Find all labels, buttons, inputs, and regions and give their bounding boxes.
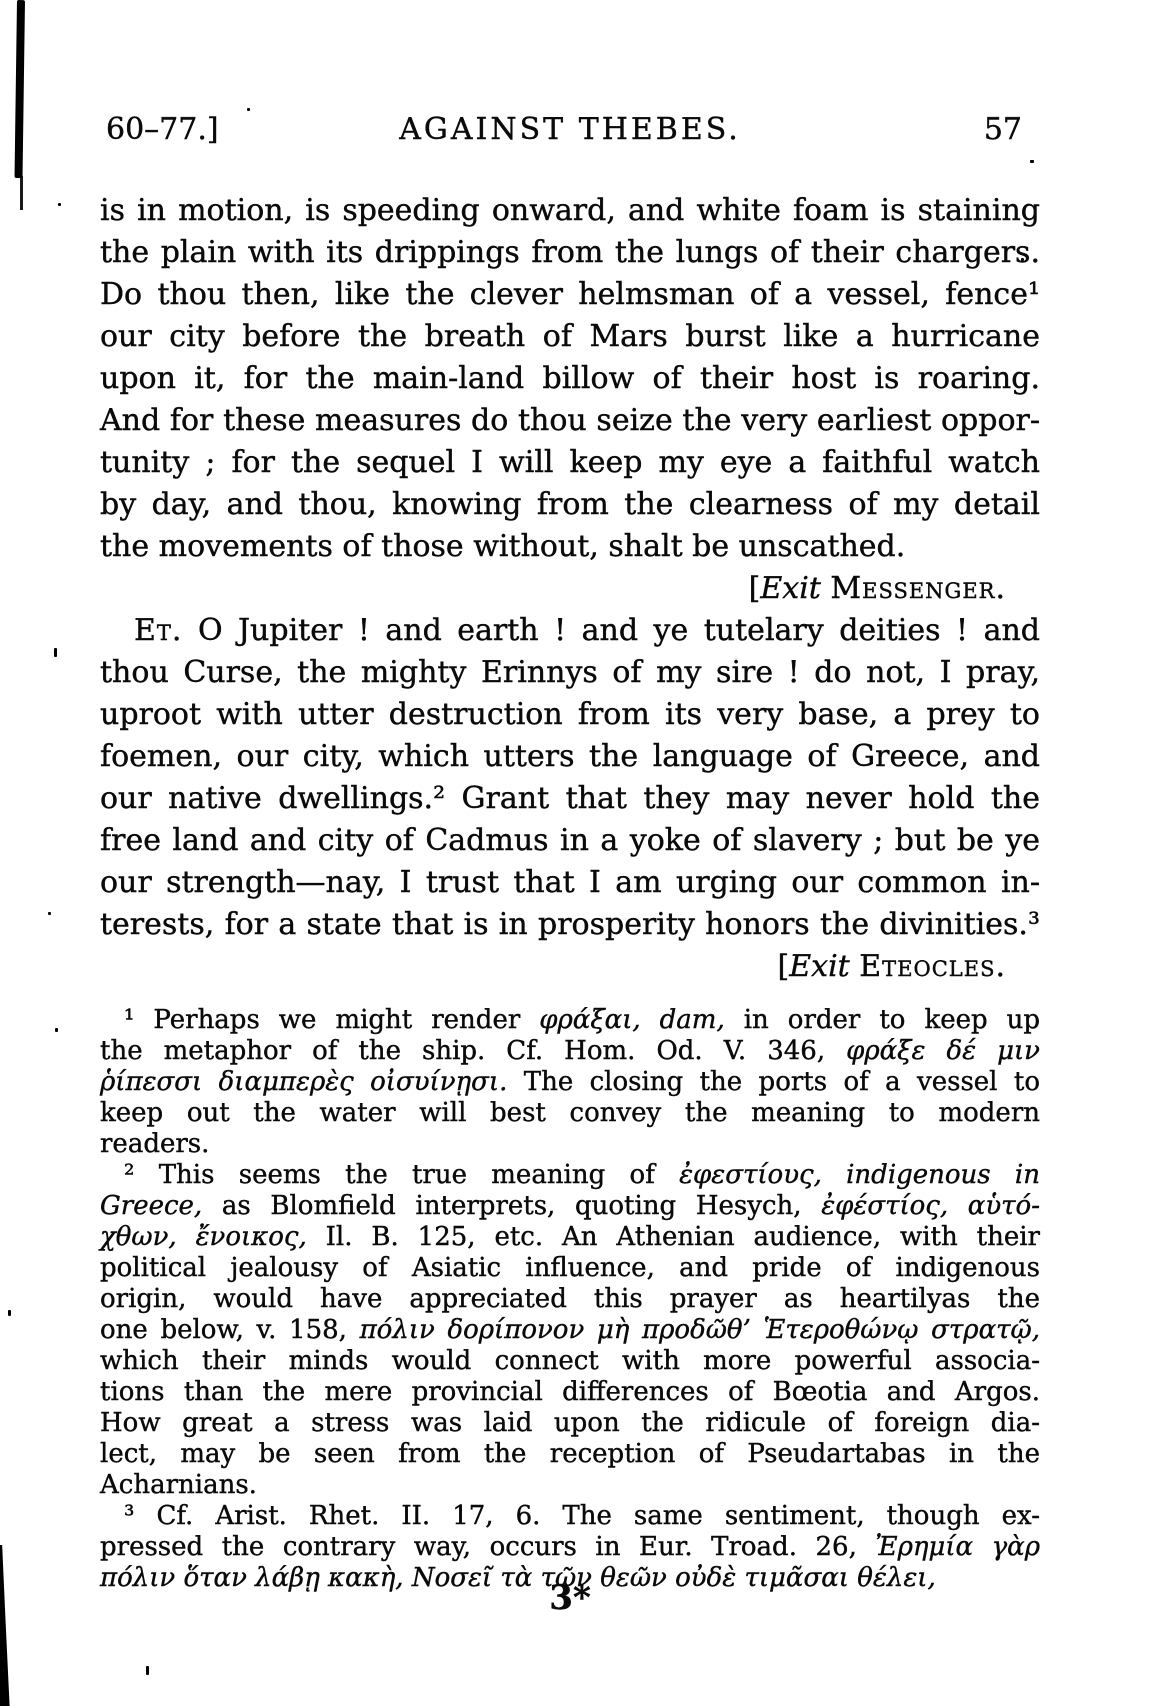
text-line: free land and city of Cadmus in a yoke o…	[100, 820, 1040, 862]
text-line: our city before the breath of Mars burst…	[100, 316, 1040, 358]
scan-speck	[1030, 160, 1034, 163]
page-header: 60–77.] AGAINST THEBES. 57	[100, 112, 1040, 147]
signature-mark: 3*	[100, 1578, 1040, 1618]
text-line: origin, would have appreciated this pray…	[100, 1284, 1040, 1315]
text-line: terests, for a state that is in prosperi…	[100, 904, 1040, 946]
text-line: ¹ Perhaps we might render φράξαι, dam, i…	[100, 1005, 1040, 1036]
text-line: readers.	[100, 1129, 1040, 1160]
text-line: foemen, our city, which utters the langu…	[100, 736, 1040, 778]
scan-speck	[48, 912, 51, 915]
text-line: tions than the mere provincial differenc…	[100, 1377, 1040, 1408]
scan-artifact-spine-top	[15, 0, 25, 178]
text-line: the movements of those without, shalt be…	[100, 526, 1040, 568]
text-line: Do thou then, like the clever helmsman o…	[100, 274, 1040, 316]
text-line: pressed the contrary way, occurs in Eur.…	[100, 1532, 1040, 1563]
scan-artifact-spine-bottom	[0, 1545, 12, 1706]
footnote-2: ² This seems the true meaning of ἐφεστίο…	[100, 1160, 1040, 1501]
text-line: ² This seems the true meaning of ἐφεστίο…	[100, 1160, 1040, 1191]
text-line: political jealousy of Asiatic influence,…	[100, 1253, 1040, 1284]
text-line: lect, may be seen from the reception of …	[100, 1439, 1040, 1470]
text-line: How great a stress was laid upon the rid…	[100, 1408, 1040, 1439]
scan-speck	[247, 108, 250, 111]
footnotes-block: ¹ Perhaps we might render φράξαι, dam, i…	[100, 1005, 1040, 1594]
text-line: the plain with its drippings from the lu…	[100, 232, 1040, 274]
scan-speck	[54, 648, 57, 657]
scan-speck	[55, 1028, 58, 1032]
stage-direction-exit-messenger: [Exit Messenger.	[100, 568, 1040, 610]
text-line: And for these measures do thou seize the…	[100, 400, 1040, 442]
text-line: thou Curse, the mighty Erinnys of my sir…	[100, 652, 1040, 694]
text-line: upon it, for the main-land billow of the…	[100, 358, 1040, 400]
scan-speck	[58, 203, 61, 206]
main-text: is in motion, is speeding onward, and wh…	[100, 190, 1040, 988]
text-line: which their minds would connect with mor…	[100, 1346, 1040, 1377]
text-line: [Exit Eteocles.	[100, 946, 1040, 988]
book-page: 60–77.] AGAINST THEBES. 57 is in motion,…	[0, 0, 1170, 1706]
text-line: χθων, ἔνοικος, Il. B. 125, etc. An Athen…	[100, 1222, 1040, 1253]
text-line: one below, v. 158, πόλιν δορίπονον μὴ πρ…	[100, 1315, 1040, 1346]
text-line: ³ Cf. Arist. Rhet. II. 17, 6. The same s…	[100, 1501, 1040, 1532]
scan-speck	[8, 1310, 11, 1316]
text-line: Acharnians.	[100, 1470, 1040, 1501]
running-title: AGAINST THEBES.	[310, 112, 830, 147]
footnote-1: ¹ Perhaps we might render φράξαι, dam, i…	[100, 1005, 1040, 1160]
text-line: tunity ; for the sequel I will keep my e…	[100, 442, 1040, 484]
scan-speck	[1021, 258, 1024, 261]
text-line: uproot with utter destruction from its v…	[100, 694, 1040, 736]
text-line: [Exit Messenger.	[100, 568, 1040, 610]
scan-speck	[146, 1666, 149, 1675]
scan-artifact-spine-tail	[20, 176, 23, 210]
text-line: Et. O Jupiter ! and earth ! and ye tutel…	[100, 610, 1040, 652]
text-line: the metaphor of the ship. Cf. Hom. Od. V…	[100, 1036, 1040, 1067]
paragraph-eteocles-speech: Et. O Jupiter ! and earth ! and ye tutel…	[100, 610, 1040, 946]
line-range-label: 60–77.]	[100, 112, 310, 147]
page-number: 57	[830, 112, 1040, 147]
text-line: by day, and thou, knowing from the clear…	[100, 484, 1040, 526]
text-line: our strength—nay, I trust that I am urgi…	[100, 862, 1040, 904]
text-line: is in motion, is speeding onward, and wh…	[100, 190, 1040, 232]
stage-direction-exit-eteocles: [Exit Eteocles.	[100, 946, 1040, 988]
paragraph-messenger-speech: is in motion, is speeding onward, and wh…	[100, 190, 1040, 568]
text-line: our native dwellings.² Grant that they m…	[100, 778, 1040, 820]
text-line: keep out the water will best convey the …	[100, 1098, 1040, 1129]
text-line: Greece, as Blomfield interprets, quoting…	[100, 1191, 1040, 1222]
text-line: ῥίπεσσι διαμπερὲς οἰσυίνῃσι. The closing…	[100, 1067, 1040, 1098]
